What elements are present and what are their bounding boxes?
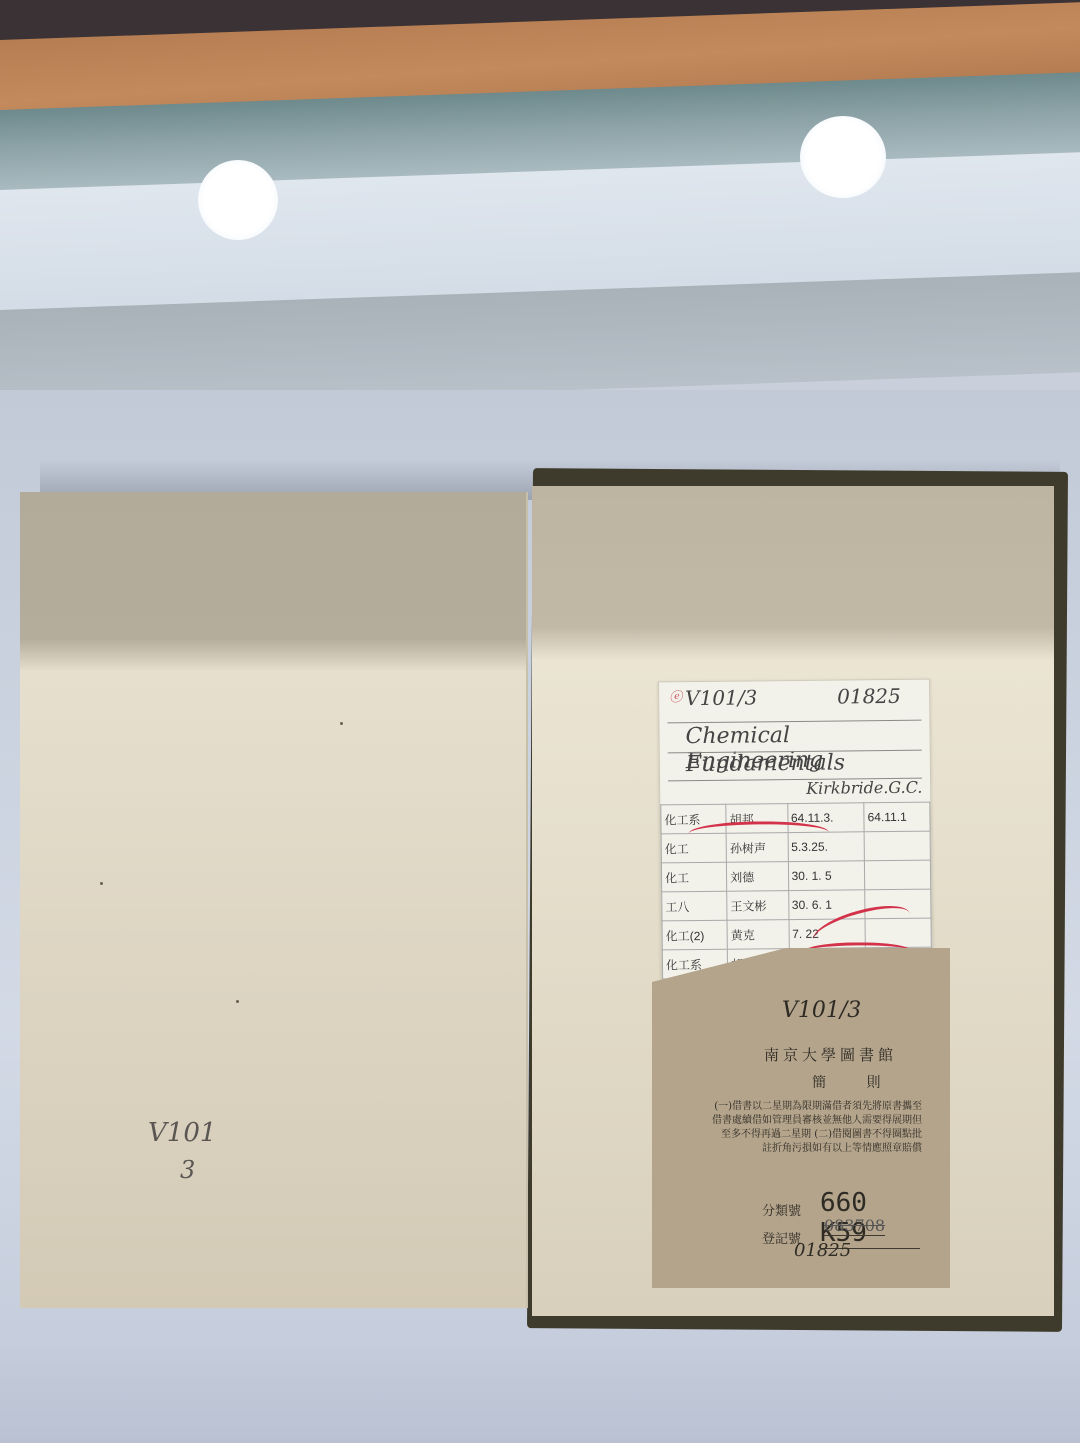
table-row: 化工 刘德 30. 1. 5 bbox=[661, 860, 930, 892]
left-page-call-number: V101 bbox=[148, 1118, 216, 1148]
left-endpaper bbox=[20, 492, 528, 1308]
name-cell: 黄克 bbox=[727, 920, 789, 950]
registration-number-old: 083708 bbox=[824, 1216, 885, 1236]
spotlight-right bbox=[800, 116, 886, 198]
left-page-call-number-suffix: 3 bbox=[180, 1156, 195, 1184]
name-cell: 刘德 bbox=[727, 862, 789, 892]
return-cell bbox=[865, 860, 931, 890]
class-number-label: 分類號 bbox=[762, 1200, 801, 1219]
library-card-pocket: V101/3 南京大學圖書館 簡 則 (一)借書以二星期為限期滿借者須先將原書攜… bbox=[652, 948, 950, 1288]
card-call-number: V101/3 bbox=[685, 685, 757, 710]
card-accession-number: 01825 bbox=[837, 684, 901, 709]
date-cell: 30. 1. 5 bbox=[788, 861, 865, 891]
spotlight-left bbox=[198, 160, 278, 240]
return-cell bbox=[864, 831, 930, 861]
pocket-rules-heading: 簡 則 bbox=[812, 1072, 898, 1092]
speck bbox=[236, 1000, 239, 1003]
dept-cell: 化工 bbox=[661, 862, 726, 892]
card-header: ⓔ V101/3 01825 Chemical Engineering Fund… bbox=[667, 684, 922, 805]
dept-cell: 工八 bbox=[662, 891, 727, 921]
speck bbox=[100, 882, 103, 885]
pocket-library-name: 南京大學圖書館 bbox=[764, 1044, 897, 1065]
speck bbox=[340, 722, 343, 725]
pocket-rules-text: (一)借書以二星期為限期滿借者須先將原書攜至借書處續借如管理員審核並無他人需要得… bbox=[712, 1100, 922, 1156]
registration-number-new: 01825 bbox=[794, 1240, 851, 1261]
name-cell: 王文彬 bbox=[727, 891, 789, 921]
card-author: Kirkbride.G.C. bbox=[806, 778, 922, 798]
red-stamp-icon: ⓔ bbox=[669, 686, 682, 705]
card-title-line2: Fundamentals bbox=[686, 750, 845, 777]
dept-cell: 化工(2) bbox=[662, 920, 727, 950]
pocket-call-number: V101/3 bbox=[782, 998, 861, 1023]
return-cell: 64.11.1 bbox=[864, 802, 930, 832]
